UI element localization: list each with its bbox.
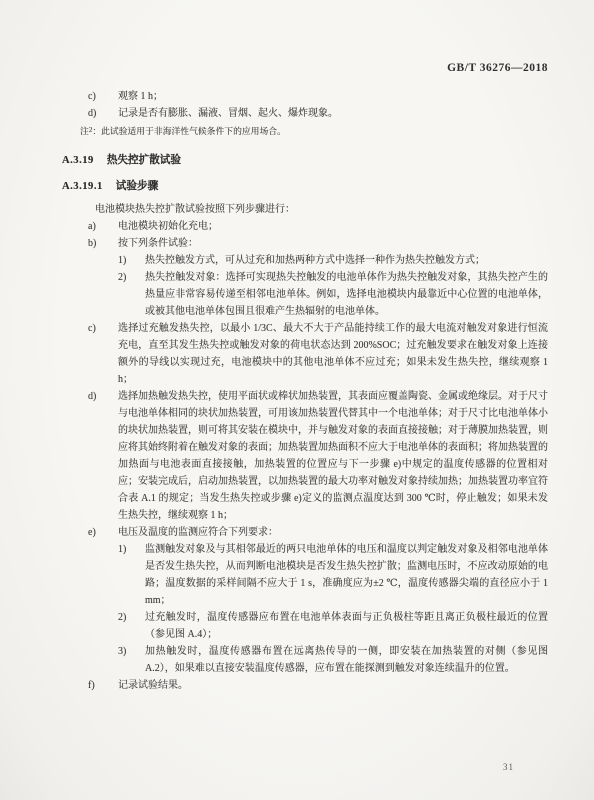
section-heading: A.3.19热失控扩散试验 [62, 152, 548, 169]
lead-paragraph: 电池模块热失控扩散试验按照下列步骤进行： [62, 201, 548, 218]
substep-text: 热失控触发方式，可从过充和加热两种方式中选择一种作为热失控触发方式； [145, 255, 485, 266]
step-label: b) [88, 235, 96, 252]
item-text: 观察 1 h； [118, 91, 163, 102]
subsection-number: A.3.19.1 [62, 181, 103, 192]
substep-item: 1) 监测触发对象及与其相邻最近的两只电池单体的电压和温度以判定触发对象及相邻电… [62, 541, 548, 609]
item-label: d) [88, 105, 96, 122]
note: 注2：此试验适用于非海洋性气候条件下的应用场合。 [62, 122, 548, 139]
item-label: c) [88, 88, 96, 105]
step-text: 按下列条件试验： [118, 238, 198, 249]
list-item: c) 观察 1 h； [62, 88, 548, 105]
step-item: a) 电池模块初始化充电； [62, 218, 548, 235]
subsection-heading: A.3.19.1试验步骤 [62, 178, 548, 195]
step-label: a) [88, 218, 96, 235]
substep-item: 3) 加热触发时，温度传感器布置在远离热传导的一侧，即安装在加热装置的对侧（参见… [62, 643, 548, 677]
step-item: f) 记录试验结果。 [62, 677, 548, 694]
substep-label: 2) [118, 269, 126, 286]
step-item: d) 选择加热触发热失控，使用平面状或棒状加热装置，其表面应覆盖陶瓷、金属或绝缘… [62, 388, 548, 524]
subsection-title: 试验步骤 [116, 181, 158, 192]
section-title: 热失控扩散试验 [107, 155, 181, 166]
substep-label: 1) [118, 252, 126, 269]
substep-item: 2) 热失控触发对象：选择可实现热失控触发的电池单体作为热失控触发对象，其热失控… [62, 269, 548, 320]
substep-text: 过充触发时，温度传感器应布置在电池单体表面与正负极柱等距且离正负极柱最近的位置（… [145, 612, 548, 640]
substep-label: 3) [118, 643, 126, 660]
document-code-header: GB/T 36276—2018 [447, 62, 548, 74]
step-text: 选择加热触发热失控，使用平面状或棒状加热装置，其表面应覆盖陶瓷、金属或绝缘层。对… [118, 391, 548, 521]
substep-label: 1) [118, 541, 126, 558]
section-number: A.3.19 [62, 155, 94, 166]
substep-item: 1) 热失控触发方式，可从过充和加热两种方式中选择一种作为热失控触发方式； [62, 252, 548, 269]
scanned-document-page: GB/T 36276—2018 c) 观察 1 h； d) 记录是否有膨胀、漏液… [0, 0, 594, 800]
page-number: 31 [503, 762, 514, 772]
substep-text: 热失控触发对象：选择可实现热失控触发的电池单体作为热失控触发对象，其热失控产生的… [145, 272, 548, 317]
step-text: 电池模块初始化充电； [118, 221, 218, 232]
step-item: e) 电压及温度的监测应符合下列要求： [62, 524, 548, 541]
item-text: 记录是否有膨胀、漏液、冒烟、起火、爆炸现象。 [118, 108, 338, 119]
step-item: b) 按下列条件试验： [62, 235, 548, 252]
document-body: c) 观察 1 h； d) 记录是否有膨胀、漏液、冒烟、起火、爆炸现象。 注2：… [62, 88, 548, 694]
step-label: c) [88, 320, 96, 337]
step-text: 电压及温度的监测应符合下列要求： [118, 527, 278, 538]
step-text: 选择过充触发热失控，以最小 1/3C、最大不大于产品能持续工作的最大电流对触发对… [118, 323, 548, 385]
substep-label: 2) [118, 609, 126, 626]
note-text: ：此试验适用于非海洋性气候条件下的应用场合。 [92, 126, 286, 136]
step-label: e) [88, 524, 96, 541]
step-item: c) 选择过充触发热失控，以最小 1/3C、最大不大于产品能持续工作的最大电流对… [62, 320, 548, 388]
substep-text: 监测触发对象及与其相邻最近的两只电池单体的电压和温度以判定触发对象及相邻电池单体… [145, 544, 548, 606]
step-label: d) [88, 388, 96, 405]
note-prefix: 注 [80, 126, 89, 136]
list-item: d) 记录是否有膨胀、漏液、冒烟、起火、爆炸现象。 [62, 105, 548, 122]
step-label: f) [88, 677, 95, 694]
substep-item: 2) 过充触发时，温度传感器应布置在电池单体表面与正负极柱等距且离正负极柱最近的… [62, 609, 548, 643]
substep-text: 加热触发时，温度传感器布置在远离热传导的一侧，即安装在加热装置的对侧（参见图 A… [145, 646, 548, 674]
step-text: 记录试验结果。 [118, 680, 188, 691]
